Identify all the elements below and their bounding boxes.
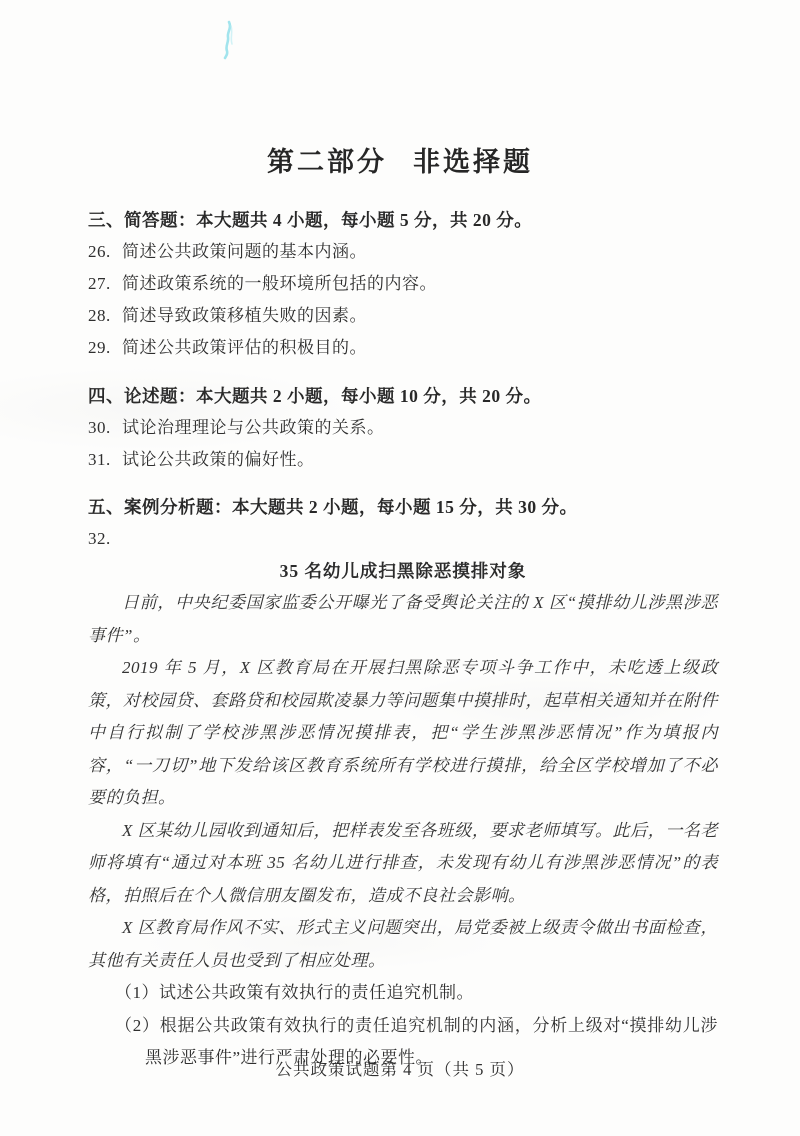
question-text: 试论治理理论与公共政策的关系。 bbox=[122, 418, 385, 437]
question-text: 简述公共政策问题的基本内涵。 bbox=[122, 242, 367, 261]
subquestion-text: 试述公共政策有效执行的责任追究机制。 bbox=[159, 983, 474, 1002]
question-number: 30. bbox=[88, 412, 122, 444]
question-number: 31. bbox=[88, 444, 122, 476]
question-26: 26.简述公共政策问题的基本内涵。 bbox=[88, 236, 720, 268]
section-essay: 四、论述题：本大题共 2 小题，每小题 10 分，共 20 分。 30.试论治理… bbox=[88, 380, 720, 476]
question-30: 30.试论治理理论与公共政策的关系。 bbox=[88, 412, 720, 444]
question-number: 28. bbox=[88, 300, 122, 332]
question-31: 31.试论公共政策的偏好性。 bbox=[88, 444, 720, 476]
case-study-body: 日前，中央纪委国家监委公开曝光了备受舆论关注的 X 区“摸排幼儿涉黑涉恶事件”。… bbox=[88, 587, 718, 1075]
question-27: 27.简述政策系统的一般环境所包括的内容。 bbox=[88, 268, 720, 300]
case-paragraph-4: X 区教育局作风不实、形式主义问题突出，局党委被上级责令做出书面检查，其他有关责… bbox=[88, 912, 718, 977]
case-paragraph-3: X 区某幼儿园收到通知后，把样表发至各班级，要求老师填写。此后，一名老师将填有“… bbox=[88, 815, 718, 913]
section-short-answer: 三、简答题：本大题共 4 小题，每小题 5 分，共 20 分。 26.简述公共政… bbox=[88, 204, 720, 364]
part-title-right: 非选择题 bbox=[413, 147, 533, 177]
exam-paper-page: 第二部分非选择题 三、简答题：本大题共 4 小题，每小题 5 分，共 20 分。… bbox=[0, 0, 800, 1136]
section-heading-5: 五、案例分析题：本大题共 2 小题，每小题 15 分，共 30 分。 bbox=[88, 491, 720, 523]
question-text: 简述公共政策评估的积极目的。 bbox=[122, 338, 367, 357]
case-paragraph-1: 日前，中央纪委国家监委公开曝光了备受舆论关注的 X 区“摸排幼儿涉黑涉恶事件”。 bbox=[88, 587, 718, 652]
question-text: 简述导致政策移植失败的因素。 bbox=[122, 306, 367, 325]
case-subquestion-1: （1）试述公共政策有效执行的责任追究机制。 bbox=[88, 977, 718, 1010]
question-32: 32. bbox=[88, 523, 720, 555]
question-text: 试论公共政策的偏好性。 bbox=[122, 450, 315, 469]
question-28: 28.简述导致政策移植失败的因素。 bbox=[88, 300, 720, 332]
question-number: 27. bbox=[88, 268, 122, 300]
case-study: 35 名幼儿成扫黑除恶摸排对象 日前，中央纪委国家监委公开曝光了备受舆论关注的 … bbox=[88, 555, 718, 1075]
section-case-analysis: 五、案例分析题：本大题共 2 小题，每小题 15 分，共 30 分。 32. bbox=[88, 491, 720, 555]
subquestion-number: （1） bbox=[115, 983, 159, 1002]
scan-artifact-icon bbox=[219, 20, 237, 60]
question-text: 简述政策系统的一般环境所包括的内容。 bbox=[122, 274, 437, 293]
case-paragraph-2: 2019 年 5 月，X 区教育局在开展扫黑除恶专项斗争工作中，未吃透上级政策，… bbox=[88, 652, 718, 815]
question-29: 29.简述公共政策评估的积极目的。 bbox=[88, 332, 720, 364]
question-number: 32. bbox=[88, 523, 122, 555]
subquestion-number: （2） bbox=[115, 1016, 160, 1035]
case-study-title: 35 名幼儿成扫黑除恶摸排对象 bbox=[88, 555, 718, 587]
question-number: 26. bbox=[88, 236, 122, 268]
section-heading-3: 三、简答题：本大题共 4 小题，每小题 5 分，共 20 分。 bbox=[88, 204, 720, 236]
page-footer-label: 公共政策试题第 4 页（共 5 页） bbox=[0, 1054, 800, 1086]
part-title: 第二部分非选择题 bbox=[0, 143, 800, 181]
part-title-left: 第二部分 bbox=[267, 147, 387, 177]
question-number: 29. bbox=[88, 332, 122, 364]
section-heading-4: 四、论述题：本大题共 2 小题，每小题 10 分，共 20 分。 bbox=[88, 380, 720, 412]
